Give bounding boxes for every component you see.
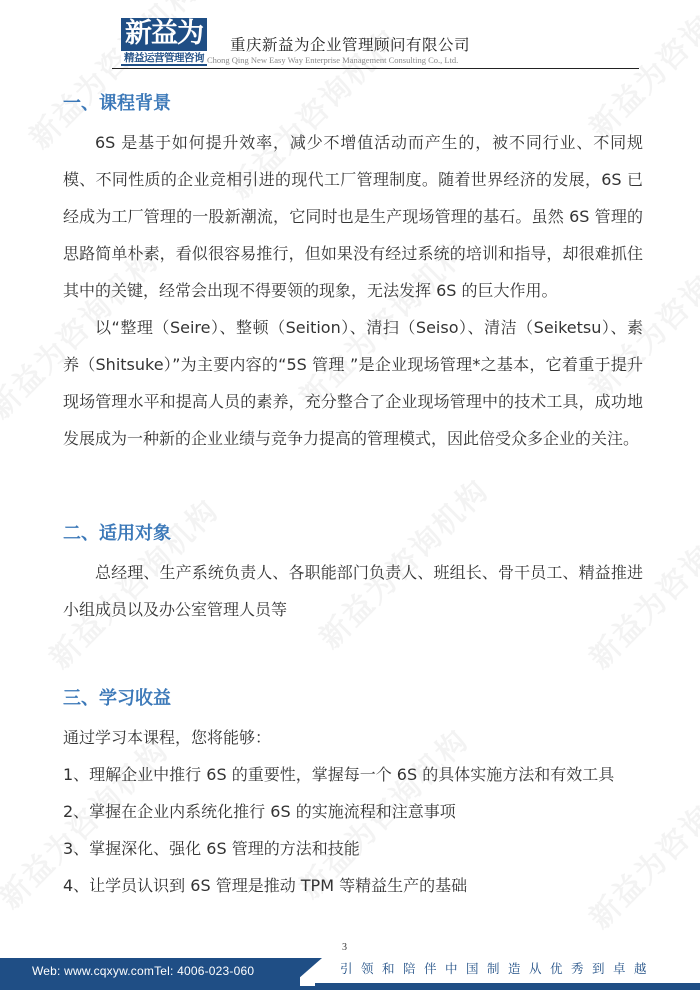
document-body: 一、课程背景 6S 是基于如何提升效率，减少不增值活动而产生的，被不同行业、不同… [63,84,643,904]
logo-sub-text: 精益运营管理咨询 [121,51,207,66]
page-number: 3 [342,942,347,953]
section-title: 一、课程背景 [63,84,643,124]
benefit-item: 4、让学员认识到 6S 管理是推动 TPM 等精益生产的基础 [63,867,643,904]
benefit-item: 1、理解企业中推行 6S 的重要性，掌握每一个 6S 的具体实施方法和有效工具 [63,756,643,793]
section-title: 二、适用对象 [63,514,643,554]
header-divider [112,68,639,69]
section-title: 三、学习收益 [63,679,643,719]
benefit-item: 2、掌握在企业内系统化推行 6S 的实施流程和注意事项 [63,793,643,830]
page-header: 新益为 精益运营管理咨询 重庆新益为企业管理顾问有限公司 Chong Qing … [0,0,700,72]
benefit-item: 3、掌握深化、强化 6S 管理的方法和技能 [63,830,643,867]
section-benefits: 三、学习收益 通过学习本课程，您将能够： 1、理解企业中推行 6S 的重要性，掌… [63,679,643,904]
paragraph: 总经理、生产系统负责人、各职能部门负责人、班组长、骨干员工、精益推进小组成员以及… [63,554,643,628]
footer-band-right [315,983,700,990]
logo-main-text: 新益为 [121,18,207,50]
paragraph: 以“整理（Seire）、整顿（Seition）、清扫（Seiso）、清洁（Sei… [63,309,643,457]
paragraph: 6S 是基于如何提升效率，减少不增值活动而产生的，被不同行业、不同规模、不同性质… [63,124,643,309]
section-background: 一、课程背景 6S 是基于如何提升效率，减少不增值活动而产生的，被不同行业、不同… [63,84,643,457]
page-footer: Web: www.cqxyw.comTel: 4006-023-060 引领和陪… [0,954,700,990]
company-logo: 新益为 精益运营管理咨询 [121,18,207,66]
company-name-cn: 重庆新益为企业管理顾问有限公司 [230,33,470,55]
section-audience: 二、适用对象 总经理、生产系统负责人、各职能部门负责人、班组长、骨干员工、精益推… [63,514,643,628]
company-name-en: Chong Qing New Easy Way Enterprise Manag… [207,55,458,65]
footer-slogan: 引领和陪伴中国制造从优秀到卓越 [340,959,655,977]
benefits-intro: 通过学习本课程，您将能够： [63,719,643,756]
footer-contact: Web: www.cqxyw.comTel: 4006-023-060 [32,964,254,978]
footer-band-slant [290,958,322,986]
footer-band-bottom [0,986,320,990]
